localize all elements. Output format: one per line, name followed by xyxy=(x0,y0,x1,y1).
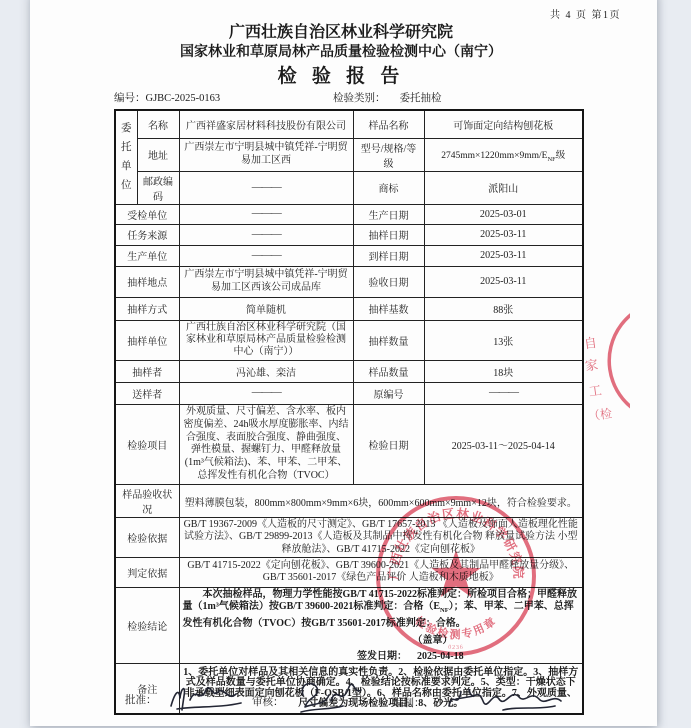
prepare-label: 编制： xyxy=(393,695,425,710)
test-date-value: 2025-03-11～2025-04-14 xyxy=(424,404,583,484)
producer-value: ——— xyxy=(179,245,353,266)
sampler-value: 冯沁雄、栾洁 xyxy=(179,360,353,382)
acceptance-date-value: 2025-03-11 xyxy=(424,266,583,297)
client-unit-label: 委托单位 xyxy=(115,110,137,204)
acceptance-status-label: 样品验收状况 xyxy=(115,485,179,518)
judge-basis-label: 判定依据 xyxy=(115,557,179,587)
original-no-value: ——— xyxy=(424,382,583,404)
conclusion-cell: 本次抽检样品，物理力学性能按GB/T 41715-2022标准判定：所检项目合格… xyxy=(179,587,583,663)
inspected-unit-value: ——— xyxy=(179,204,353,224)
producer-label: 生产单位 xyxy=(115,245,179,266)
sampling-date-label: 抽样日期 xyxy=(353,224,424,245)
issue-date-line: 签发日期：2025-04-18 xyxy=(357,647,579,662)
sampling-method-label: 抽样方式 xyxy=(115,297,179,320)
inspection-category-value: 委托抽检 xyxy=(400,93,442,104)
inspection-category-label: 检验类别： xyxy=(333,93,386,104)
sampling-place-label: 抽样地点 xyxy=(115,266,179,297)
issue-date-label: 签发日期： xyxy=(357,651,407,662)
test-date-label: 检验日期 xyxy=(353,404,424,484)
sample-qty-label: 样品数量 xyxy=(353,360,424,382)
approve-label: 批准： xyxy=(125,692,157,707)
base-qty-label: 抽样基数 xyxy=(353,297,424,320)
sampling-org-value: 广西壮族自治区林业科学研究院（国家林业和草原局林产品质量检验检测中心（南宁）） xyxy=(179,320,353,360)
production-date-value: 2025-03-01 xyxy=(424,204,583,224)
sample-name-label: 样品名称 xyxy=(353,110,424,138)
items-value: 外观质量、尺寸偏差、含水率、板内密度偏差、24h吸水厚度膨胀率、内结合强度、表面… xyxy=(179,404,353,484)
report-title: 检 验 报 告 xyxy=(100,61,582,88)
prepare-signature xyxy=(443,682,565,720)
sample-name-value: 可饰面定向结构刨花板 xyxy=(424,110,583,138)
acceptance-status-value: 塑料薄膜包装，800mm×800mm×9mm×6块，600mm×600mm×9m… xyxy=(179,485,583,518)
inspection-category: 检验类别：委托抽检 xyxy=(333,90,442,105)
report-number-value: GJBC-2025-0163 xyxy=(146,93,221,104)
conclusion-label: 检验结论 xyxy=(115,587,179,663)
issue-date-value: 2025-04-18 xyxy=(417,651,464,662)
original-no-label: 原编号 xyxy=(353,382,424,404)
conclusion-text: 本次抽检样品，物理力学性能按GB/T 41715-2022标准判定：所检项目合格… xyxy=(183,589,580,630)
acceptance-date-label: 验收日期 xyxy=(353,266,424,297)
inspected-unit-label: 受检单位 xyxy=(115,204,179,224)
sampling-date-value: 2025-03-11 xyxy=(424,224,583,245)
production-date-label: 生产日期 xyxy=(353,204,424,224)
sampling-place-value: 广西崇左市宁明县城中镇凭祥-宁明贸易加工区西该公司成品库 xyxy=(179,266,353,297)
sampling-qty-label: 抽样数量 xyxy=(353,320,424,360)
sampling-org-label: 抽样单位 xyxy=(115,320,179,360)
sampling-method-value: 简单随机 xyxy=(179,297,353,320)
address-label: 地址 xyxy=(137,138,179,171)
address-value: 广西崇左市宁明县城中镇凭祥-宁明贸易加工区西 xyxy=(179,138,353,171)
approve-signature xyxy=(167,682,249,714)
org-name-line1: 广西壮族自治区林业科学研究院 xyxy=(100,19,582,42)
sender-label: 送样者 xyxy=(115,382,179,404)
org-name-line2: 国家林业和草原局林产品质量检验检测中心（南宁） xyxy=(100,41,582,61)
arrival-date-label: 到样日期 xyxy=(353,245,424,266)
name-label: 名称 xyxy=(137,110,179,138)
sampler-label: 抽样者 xyxy=(115,360,179,382)
postcode-label: 邮政编码 xyxy=(137,171,179,204)
screenshot-root: { "page": { "page_indicator": "共 4 页 第1页… xyxy=(0,0,691,728)
report-table: 委托单位 名称 广西祥盛家居材料科技股份有限公司 样品名称 可饰面定向结构刨花板… xyxy=(114,109,584,715)
basis-value: GB/T 19367-2009《人造板的尺寸测定》、GB/T 17657-201… xyxy=(179,518,583,558)
model-value: 2745mm×1220mm×9mm/ENF级 xyxy=(424,138,583,171)
name-value: 广西祥盛家居材料科技股份有限公司 xyxy=(179,110,353,138)
task-source-label: 任务来源 xyxy=(115,224,179,245)
review-label: 审核： xyxy=(252,694,284,709)
report-number: 编号：GJBC-2025-0163 xyxy=(114,90,220,105)
arrival-date-value: 2025-03-11 xyxy=(424,245,583,266)
brand-label: 商标 xyxy=(353,171,424,204)
brand-value: 派阳山 xyxy=(424,171,583,204)
sender-value: ——— xyxy=(179,382,353,404)
model-label: 型号/规格/等级 xyxy=(353,138,424,171)
report-number-label: 编号： xyxy=(114,93,146,104)
sampling-qty-value: 13张 xyxy=(424,320,583,360)
review-signature xyxy=(295,679,365,717)
base-qty-value: 88张 xyxy=(424,297,583,320)
seal-here-note: （盖章） xyxy=(412,631,579,646)
sample-qty-value: 18块 xyxy=(424,360,583,382)
postcode-value: ——— xyxy=(179,171,353,204)
task-source-value: ——— xyxy=(179,224,353,245)
items-label: 检验项目 xyxy=(115,404,179,484)
basis-label: 检验依据 xyxy=(115,518,179,558)
judge-basis-value: GB/T 41715-2022《定向刨花板》、GB/T 39600-2021《人… xyxy=(179,557,583,587)
